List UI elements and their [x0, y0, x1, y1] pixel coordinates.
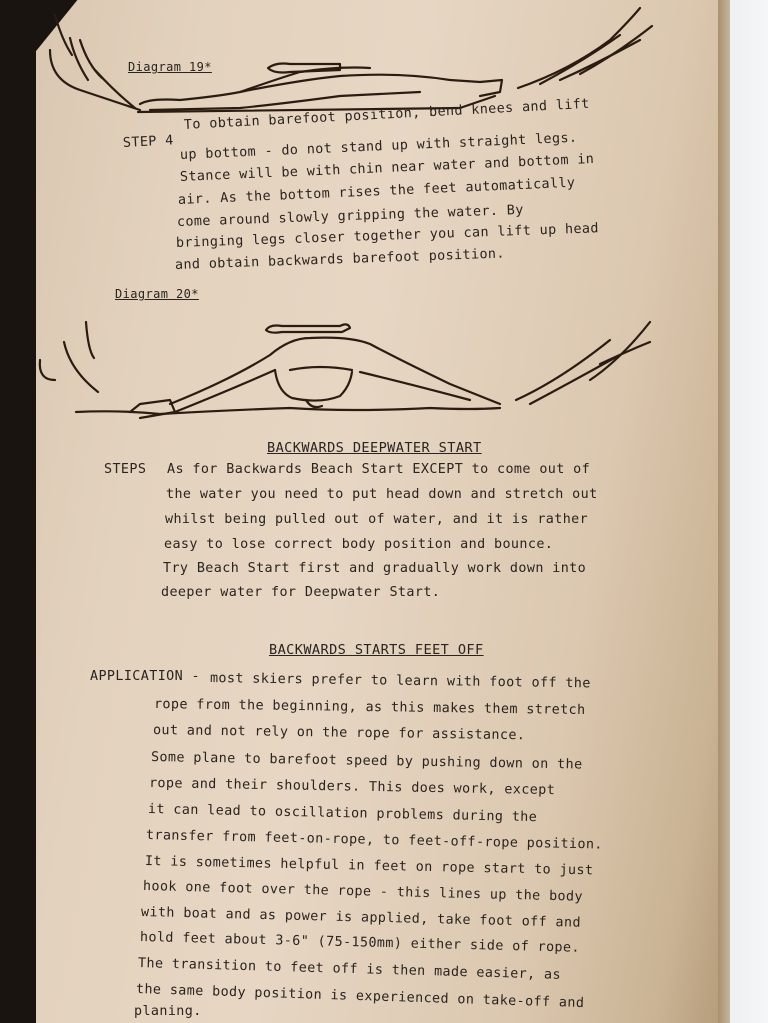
deepwater-line: deeper water for Deepwater Start. — [161, 585, 440, 600]
deepwater-line: whilst being pulled out of water, and it… — [165, 512, 588, 527]
step-4-label: STEP 4 — [123, 133, 174, 151]
deepwater-line: Try Beach Start first and gradually work… — [163, 561, 586, 576]
deepwater-line: easy to lose correct body position and b… — [164, 537, 553, 552]
deepwater-line: As for Backwards Beach Start EXCEPT to c… — [167, 462, 590, 477]
diagram-20-illustration — [30, 300, 670, 430]
application-label: APPLICATION - — [90, 669, 200, 684]
deepwater-steps-label: STEPS — [104, 462, 146, 477]
diagram-20-label: Diagram 20* — [115, 287, 199, 301]
deepwater-heading: BACKWARDS DEEPWATER START — [267, 440, 482, 456]
feet-off-line: planing. — [134, 1004, 202, 1019]
page-edge — [718, 0, 730, 1023]
feet-off-heading: BACKWARDS STARTS FEET OFF — [269, 642, 484, 658]
deepwater-line: the water you need to put head down and … — [166, 487, 598, 502]
